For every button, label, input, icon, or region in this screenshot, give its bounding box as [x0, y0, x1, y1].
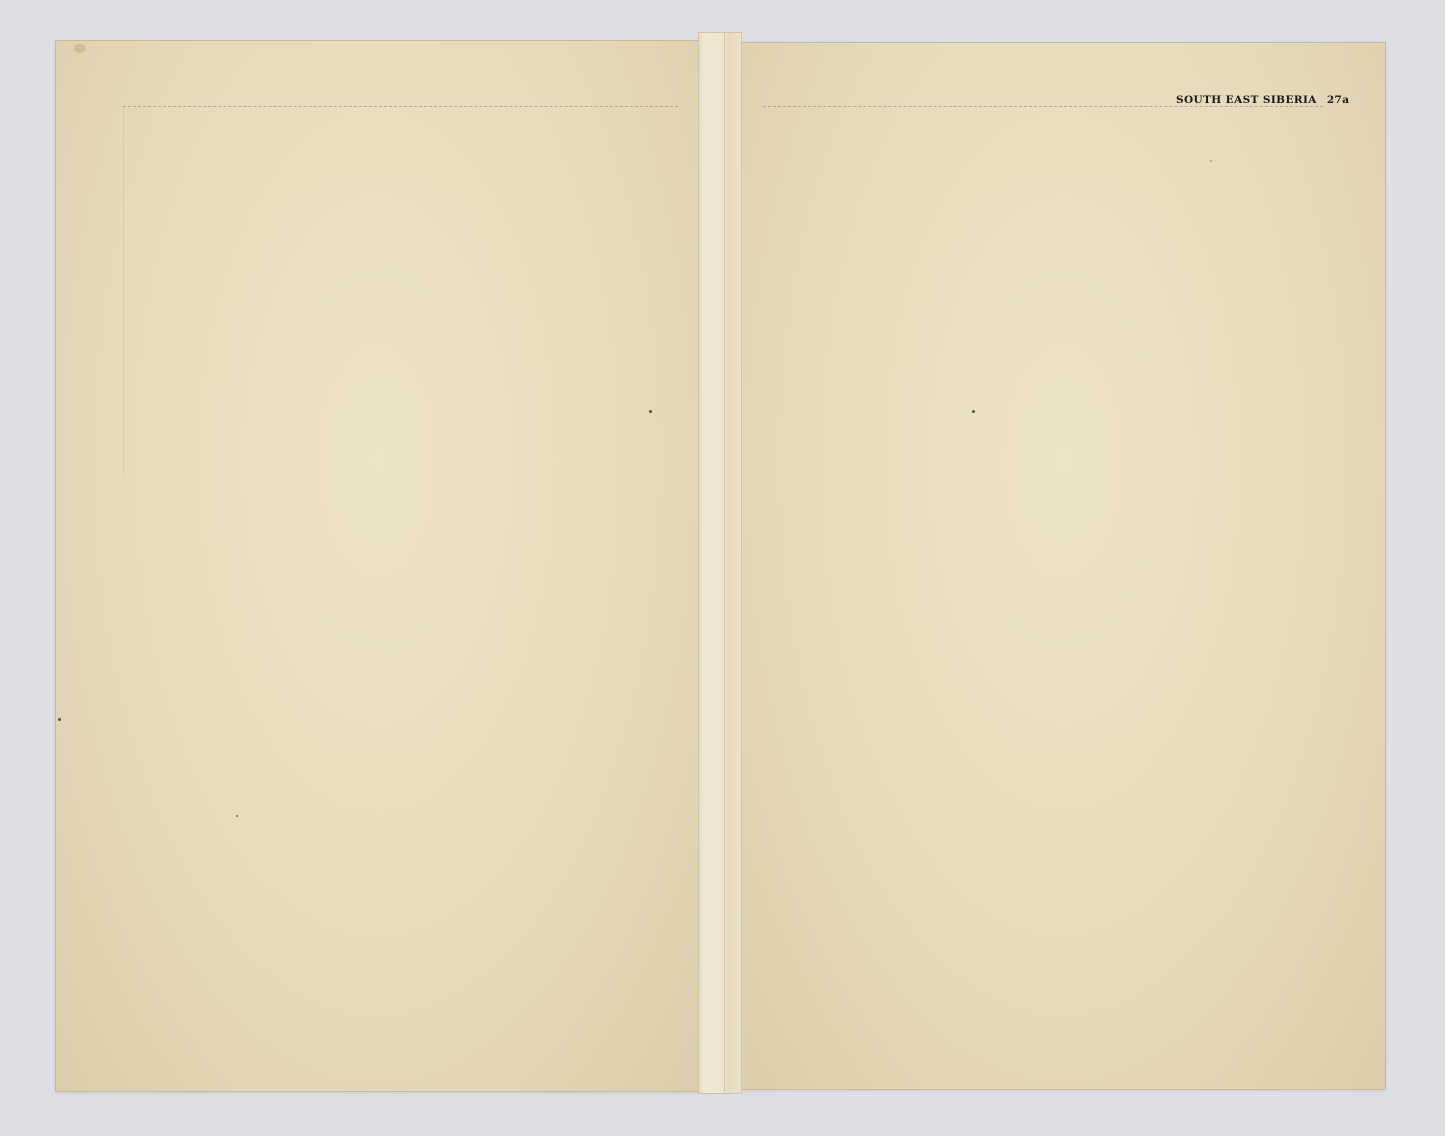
map-frame-side-showthrough: [123, 106, 124, 476]
plate-title: SOUTH EAST SIBERIA: [1176, 94, 1317, 106]
right-page: [740, 42, 1386, 1090]
foxing-stain: [74, 44, 86, 53]
paper-speck: [972, 410, 975, 413]
paper-speck: [1210, 160, 1212, 162]
plate-number: 27a: [1327, 94, 1350, 106]
guard-fold-line: [724, 32, 725, 1094]
paper-speck: [649, 410, 652, 413]
binding-guard-strip: [698, 32, 742, 1094]
map-frame-showthrough-right: [763, 106, 1323, 107]
paper-speck: [236, 815, 238, 817]
paper-speck: [58, 718, 61, 721]
map-frame-showthrough-left: [123, 106, 678, 107]
plate-header: SOUTH EAST SIBERIA27a: [1176, 94, 1349, 106]
left-page: [55, 40, 700, 1092]
